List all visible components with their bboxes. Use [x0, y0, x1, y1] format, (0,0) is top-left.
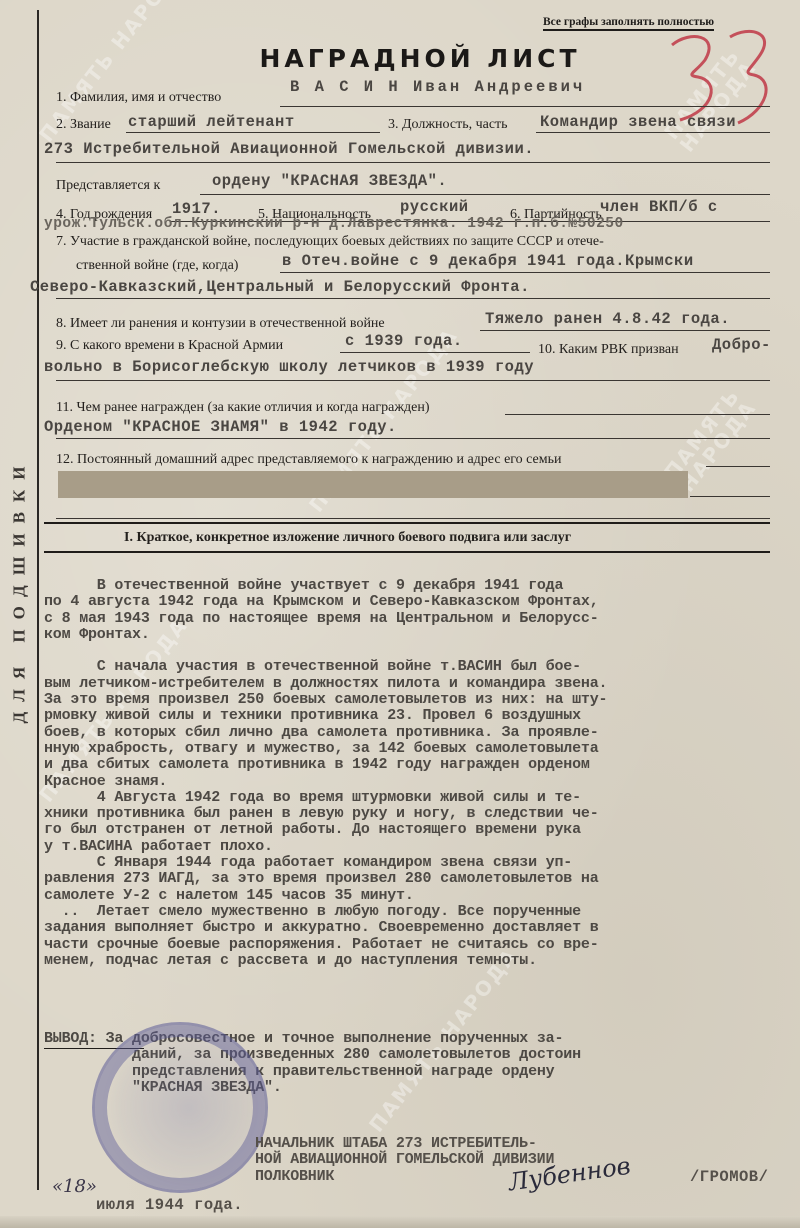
field-wounds-value: Тяжело ранен 4.8.42 года.: [485, 310, 730, 328]
field-rvk-value: Добро-: [712, 336, 771, 354]
date-text: июля 1944 года.: [96, 1196, 243, 1214]
side-label-text: ДЛЯ ПОДШИВКИ: [9, 457, 29, 724]
field-line: [536, 132, 770, 133]
section-divider: [44, 522, 770, 524]
field-line: [56, 380, 770, 381]
nominated-value: ордену "КРАСНАЯ ЗВЕЗДА".: [212, 172, 447, 190]
field-line: [280, 106, 770, 107]
nominated-label: Представляется к: [56, 178, 160, 194]
field-line: [340, 352, 530, 353]
section-title: I. Краткое, конкретное изложение личного…: [124, 530, 571, 546]
field-line: [56, 162, 770, 163]
field-line: [56, 438, 770, 439]
redacted-address: [58, 471, 688, 498]
field-line: [706, 466, 770, 467]
birthplace-line: урож.Тульск.обл.Куркинский р-н д.Лаврест…: [44, 216, 624, 232]
watermark-stamp: ПАМЯТЬ НАРОДА: [639, 357, 781, 523]
field-line: [505, 414, 770, 415]
field-rank-label: 2. Звание: [56, 117, 111, 133]
field-previous-awards-value: Орденом "КРАСНОЕ ЗНАМЯ" в 1942 году.: [44, 418, 397, 436]
field-nationality-value: русский: [400, 198, 469, 216]
binding-margin-label: ДЛЯ ПОДШИВКИ: [6, 420, 32, 760]
field-participation-value-cont: Северо-Кавказский,Центральный и Белорусс…: [30, 278, 530, 296]
binding-margin-line: [37, 10, 39, 1190]
field-line: [480, 330, 770, 331]
field-party-value: член ВКП/б с: [600, 198, 718, 216]
field-name-value: В А С И Н Иван Андреевич: [290, 78, 585, 96]
field-position-value-cont: 273 Истребительной Авиационной Гомельско…: [44, 140, 534, 158]
field-position-label: 3. Должность, часть: [388, 117, 508, 133]
field-previous-awards-label: 11. Чем ранее награжден (за какие отличи…: [56, 400, 430, 416]
page-bottom-edge: [0, 1216, 800, 1228]
field-army-since-label: 9. С какого времени в Красной Армии: [56, 338, 283, 354]
field-rank-value: старший лейтенант: [128, 113, 295, 131]
field-address-label: 12. Постоянный домашний адрес представля…: [56, 452, 562, 468]
field-wounds-label: 8. Имеет ли ранения и контузии в отечест…: [56, 316, 385, 332]
field-rvk-value-cont: вольно в Борисоглебскую школу летчиков в…: [44, 358, 534, 376]
field-line: [56, 518, 770, 519]
field-participation-label-cont: ственной войне (где, когда): [76, 258, 238, 274]
field-line: [56, 298, 770, 299]
field-position-value: Командир звена связи: [540, 113, 736, 131]
field-participation-label: 7. Участие в гражданской войне, последую…: [56, 234, 604, 250]
field-line: [200, 194, 770, 195]
field-line: [690, 496, 770, 497]
field-participation-value: в Отеч.войне с 9 декабря 1941 года.Крымс…: [282, 252, 694, 270]
award-sheet-page: ПАМЯТЬ НАРОДА ПАМЯТЬ НАРОДА ПАМЯТЬ НАРОД…: [0, 0, 800, 1228]
signatory-name: /ГРОМОВ/: [690, 1168, 768, 1186]
date-day: «18»: [52, 1176, 97, 1197]
merit-narrative: В отечественной войне участвует с 9 дека…: [44, 578, 789, 969]
field-rvk-label: 10. Каким РВК призван: [538, 342, 679, 358]
field-name-label: 1. Фамилия, имя и отчество: [56, 90, 221, 106]
field-army-since-value: с 1939 года.: [345, 332, 463, 350]
section-divider: [44, 551, 770, 553]
field-line: [280, 272, 770, 273]
official-seal: [92, 1022, 268, 1193]
field-line: [126, 132, 380, 133]
